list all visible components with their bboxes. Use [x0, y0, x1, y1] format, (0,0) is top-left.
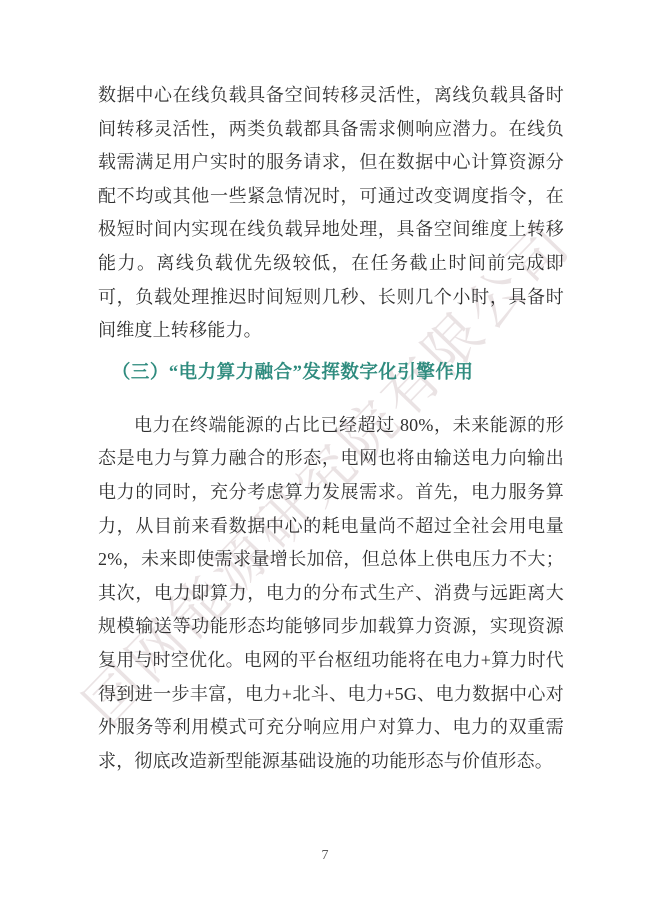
paragraph-data-center-loads: 数据中心在线负载具备空间转移灵活性，离线负载具备时间转移灵活性，两类负载都具备需… — [98, 79, 564, 348]
page-content: 数据中心在线负载具备空间转移灵活性，离线负载具备时间转移灵活性，两类负载都具备需… — [98, 79, 564, 778]
paragraph-power-computing-fusion: 电力在终端能源的占比已经超过 80%，未来能源的形态是电力与算力融合的形态，电网… — [98, 409, 564, 779]
section-heading: （三）“电力算力融合”发挥数字化引擎作用 — [98, 356, 564, 390]
document-page: 国网能源研究院有限公司 数据中心在线负载具备空间转移灵活性，离线负载具备时间转移… — [0, 0, 650, 919]
page-number: 7 — [0, 848, 650, 864]
